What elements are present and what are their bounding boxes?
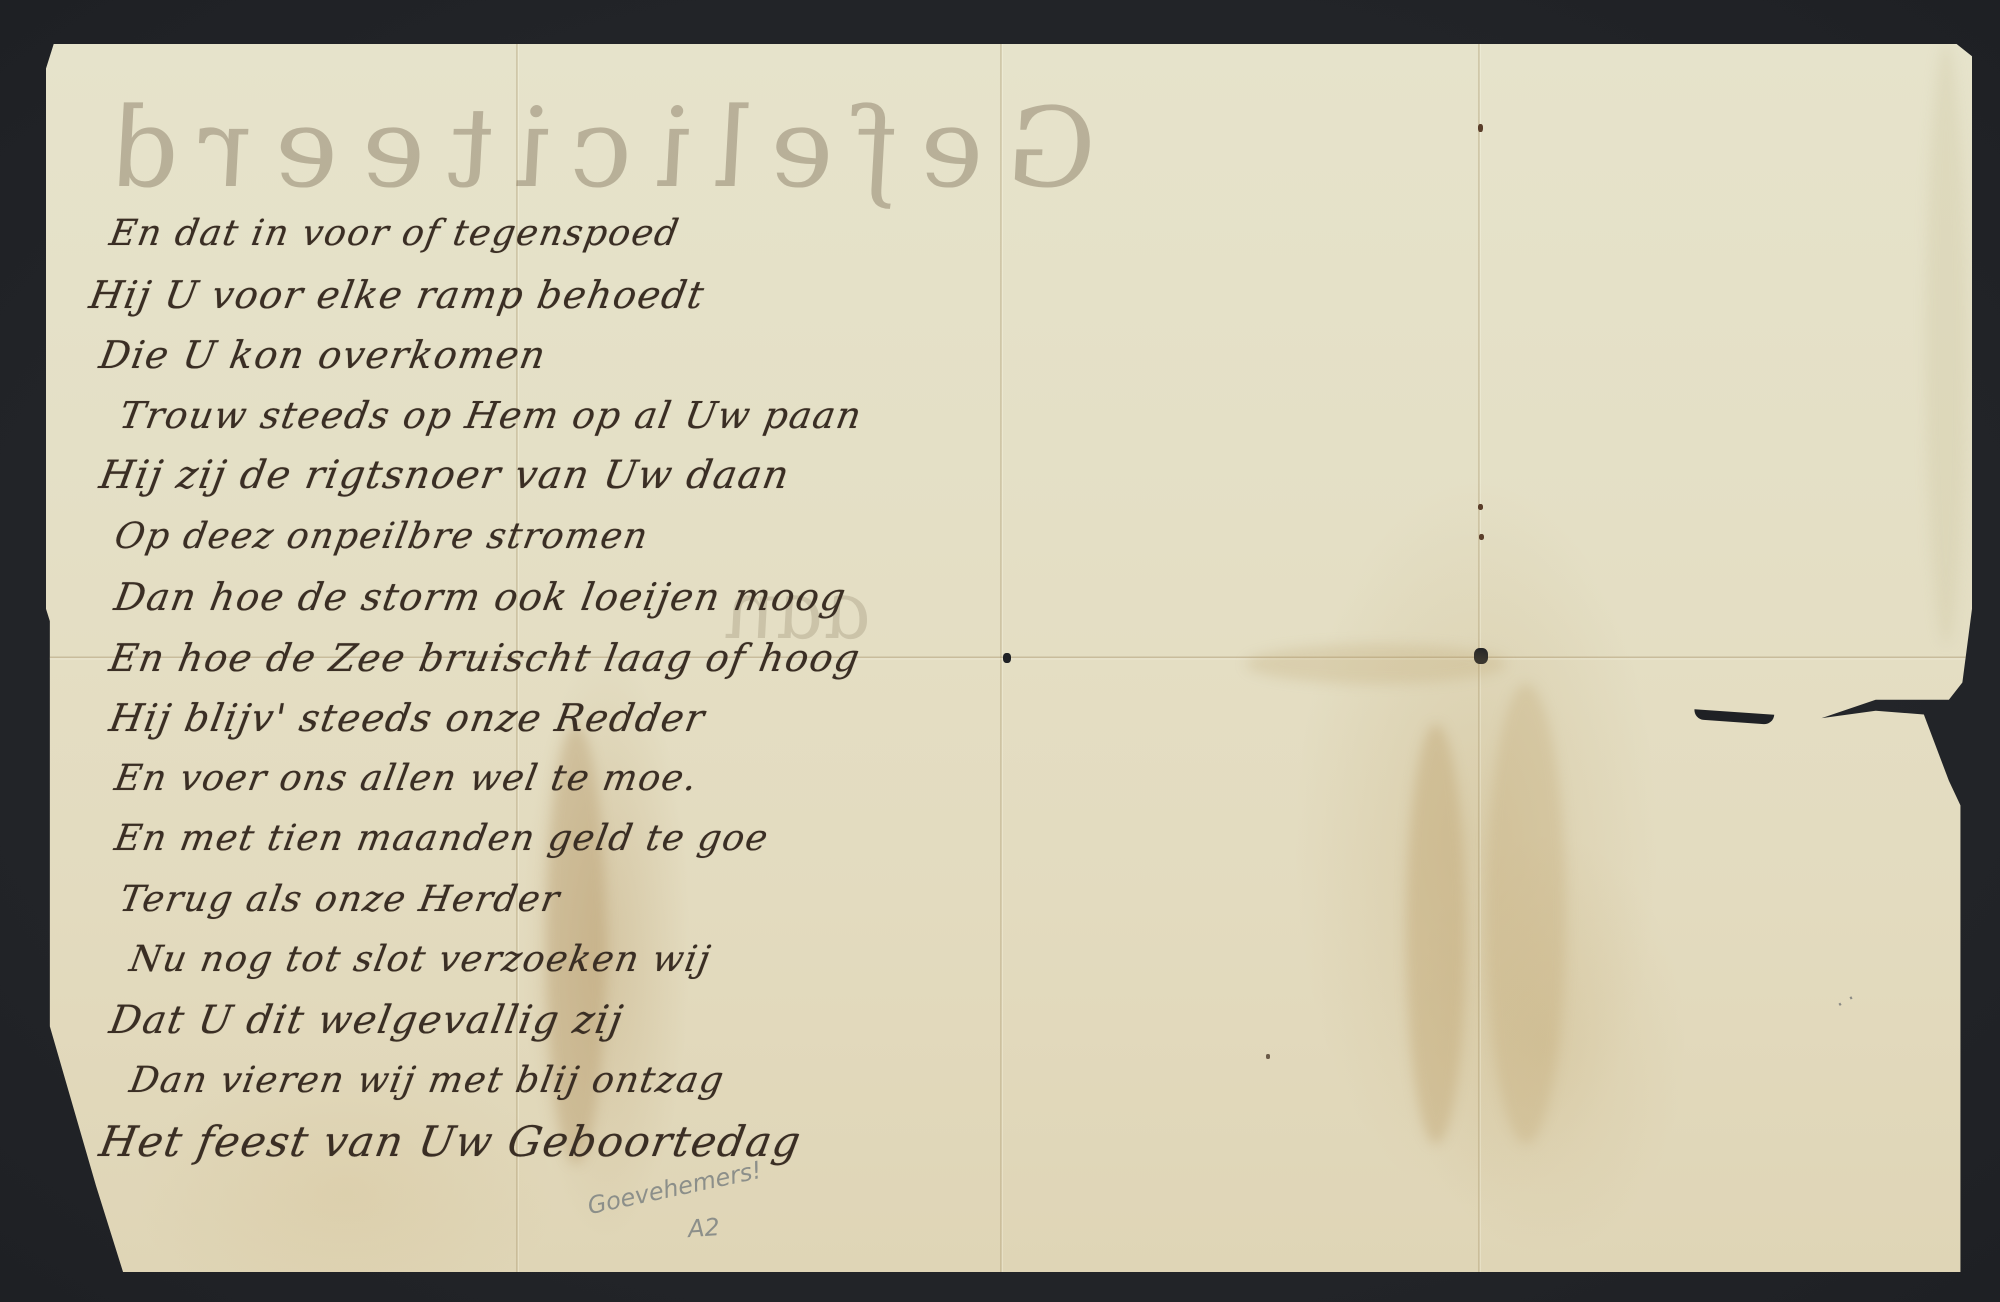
poem-line: Dan hoe de storm ook loeijen moog [65, 567, 896, 628]
poem-line: Hij blijv' steeds onze Redder [65, 688, 896, 749]
poem-line: En hoe de Zee bruischt laag of hoog [65, 628, 896, 689]
poem-line: Hij U voor elke ramp behoedt [65, 265, 896, 326]
ink-spot [1478, 504, 1483, 510]
poem-line: Dan vieren wij met blij ontzag [65, 1051, 896, 1112]
poem-line: Die U kon overkomen [65, 325, 896, 386]
ink-spot [1266, 1054, 1270, 1059]
pencil-marks: · · [1831, 986, 1860, 1016]
poem-line: Het feest van Uw Geboortedag [65, 1112, 896, 1173]
pencil-annotation-code: A2 [687, 1213, 721, 1243]
poem-line: En voer ons allen wel te moe. [65, 749, 896, 810]
poem-text-block: En dat in voor of tegenspoed Hij U voor … [70, 204, 890, 1172]
edge-discoloration [1926, 44, 1966, 644]
scan-background: Gefeliciteerd aan En dat in voor of tege… [0, 0, 2000, 1302]
poem-line: Hij zij de rigtsnoer van Uw daan [65, 446, 896, 507]
water-stain [1246, 644, 1506, 684]
poem-line: Terug als onze Herder [65, 870, 896, 931]
bleed-through-text: Gefeliciteerd [70, 84, 1111, 212]
poem-line: En dat in voor of tegenspoed [65, 204, 896, 265]
ink-spot [1479, 534, 1484, 540]
paper-sheet: Gefeliciteerd aan En dat in voor of tege… [46, 44, 1972, 1272]
water-stain [1406, 724, 1466, 1144]
poem-line: Nu nog tot slot verzoeken wij [65, 930, 896, 991]
poem-line: Op deez onpeilbre stromen [65, 507, 896, 568]
ink-spot [1478, 124, 1483, 132]
poem-line: Trouw steeds op Hem op al Uw paan [65, 386, 896, 447]
water-stain [1486, 684, 1566, 1144]
paper-tear [1694, 709, 1775, 725]
fold-hole [1003, 653, 1011, 663]
poem-line: Dat U dit welgevallig zij [65, 991, 896, 1052]
poem-line: En met tien maanden geld te goe [65, 809, 896, 870]
